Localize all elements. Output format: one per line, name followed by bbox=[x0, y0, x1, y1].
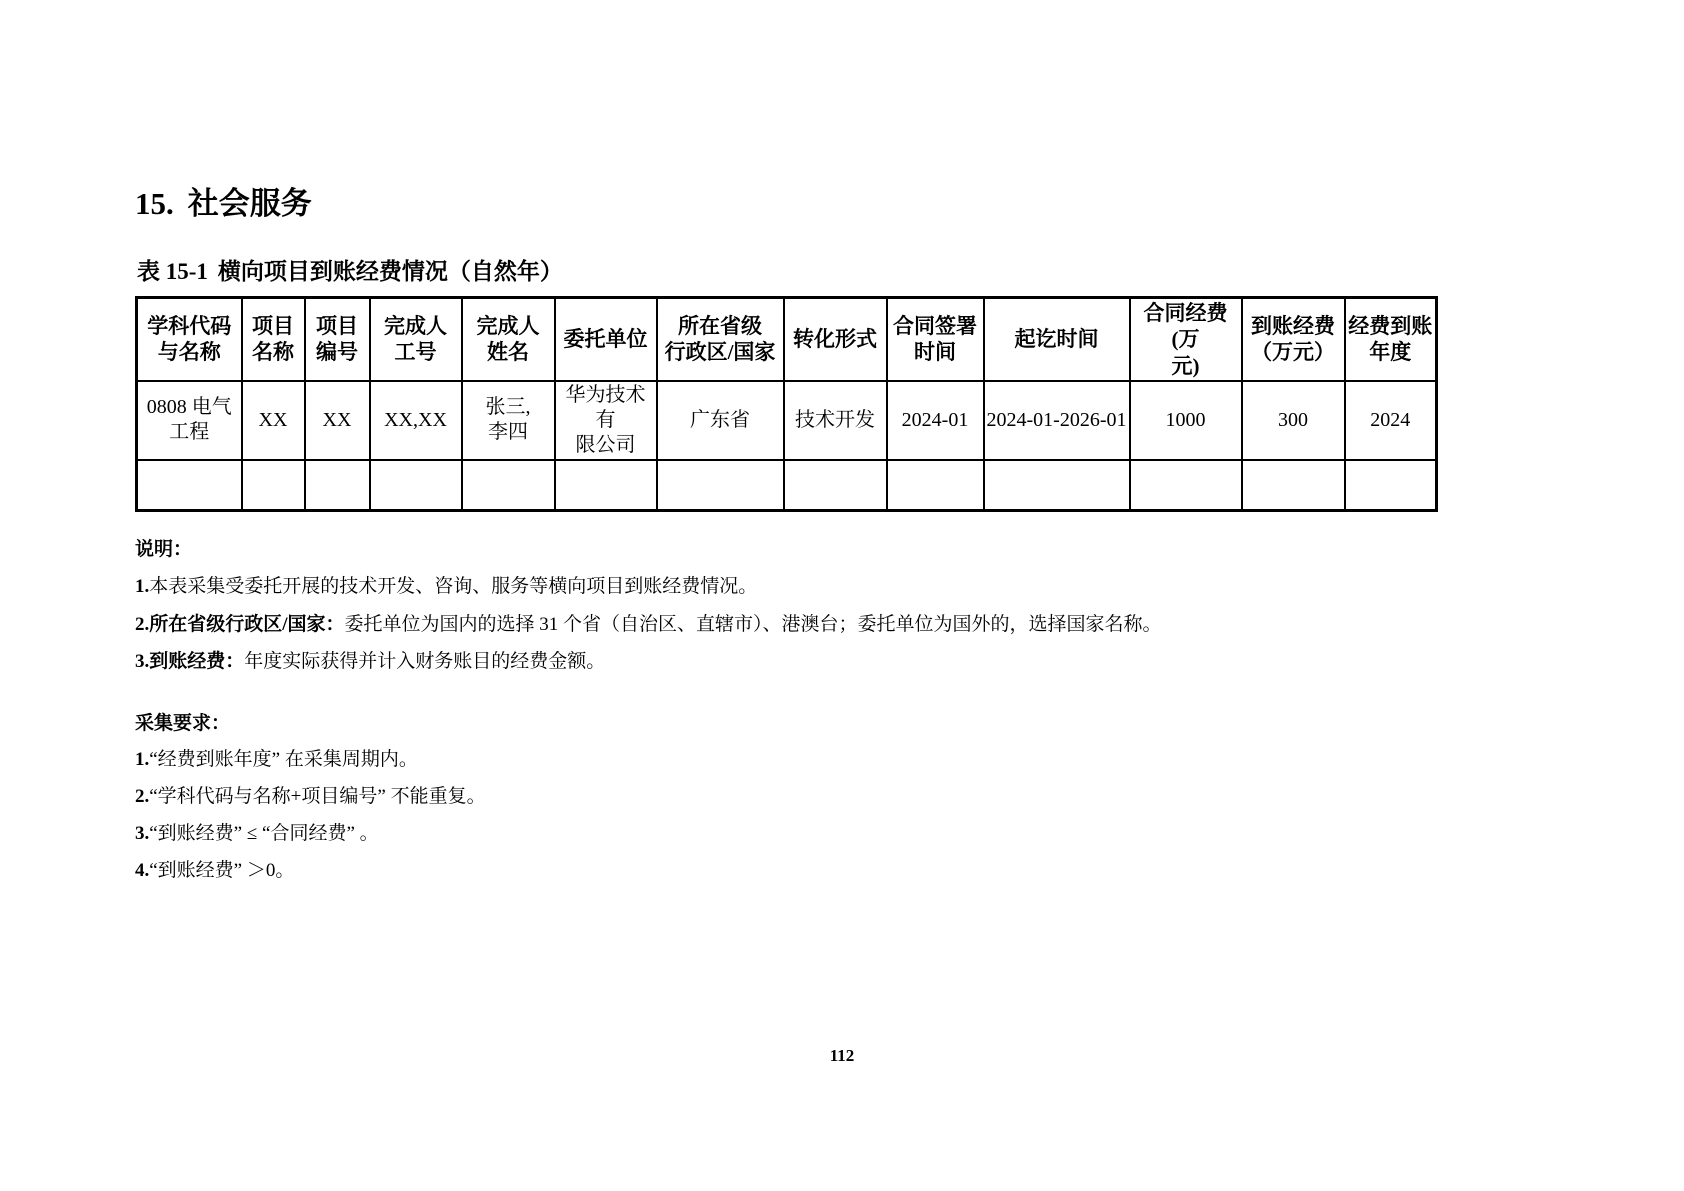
funding-table: 学科代码 与名称 项目 名称 项目 编号 完成人 工号 完成人 姓名 委托单位 … bbox=[135, 296, 1438, 512]
section-heading: 15.社会服务 bbox=[135, 178, 1435, 223]
table-cell: 华为技术有 限公司 bbox=[555, 381, 657, 460]
note-item-1: 1.本表采集受委托开展的技术开发、咨询、服务等横向项目到账经费情况。 bbox=[135, 576, 1435, 599]
requirement-item-4: 4.“到账经费” ＞0。 bbox=[135, 860, 1435, 883]
table-cell bbox=[137, 460, 242, 511]
header-cell-province-country: 所在省级 行政区/国家 bbox=[657, 298, 784, 381]
table-cell: 2024 bbox=[1345, 381, 1437, 460]
note-item-2-text: 委托单位为国内的选择 31 个省（自治区、直辖市）、港澳台；委托单位为国外的，选… bbox=[345, 614, 1162, 635]
table-cell: 广东省 bbox=[657, 381, 784, 460]
requirement-item-1: 1.“经费到账年度” 在采集周期内。 bbox=[135, 749, 1435, 772]
page-content: 15.社会服务 表 15-1横向项目到账经费情况（自然年） 学科代码 与名称 项… bbox=[135, 178, 1435, 896]
table-cell bbox=[784, 460, 887, 511]
table-cell bbox=[1242, 460, 1345, 511]
table-cell: XX,XX bbox=[370, 381, 462, 460]
requirement-item-1-text: “经费到账年度” 在采集周期内。 bbox=[149, 749, 418, 770]
header-cell-duration: 起讫时间 bbox=[984, 298, 1130, 381]
table-cell bbox=[1130, 460, 1242, 511]
requirement-item-3-lead: 3. bbox=[135, 823, 149, 844]
note-item-2-lead: 2.所在省级行政区/国家： bbox=[135, 614, 345, 635]
table-cell bbox=[305, 460, 370, 511]
table-cell: 1000 bbox=[1130, 381, 1242, 460]
page-number: 112 bbox=[0, 1046, 1684, 1066]
header-cell-staff-name: 完成人 姓名 bbox=[462, 298, 555, 381]
table-cell bbox=[555, 460, 657, 511]
requirement-item-1-lead: 1. bbox=[135, 749, 149, 770]
table-cell: 技术开发 bbox=[784, 381, 887, 460]
table-cell bbox=[242, 460, 305, 511]
section-number: 15. bbox=[135, 186, 174, 221]
requirement-item-4-text: “到账经费” ＞0。 bbox=[149, 860, 294, 881]
note-item-3: 3.到账经费：年度实际获得并计入财务账目的经费金额。 bbox=[135, 651, 1435, 674]
header-cell-transform-type: 转化形式 bbox=[784, 298, 887, 381]
table-cell bbox=[657, 460, 784, 511]
header-row: 学科代码 与名称 项目 名称 项目 编号 完成人 工号 完成人 姓名 委托单位 … bbox=[137, 298, 1437, 381]
requirement-item-4-lead: 4. bbox=[135, 860, 149, 881]
note-item-3-text: 年度实际获得并计入财务账目的经费金额。 bbox=[244, 651, 605, 672]
requirement-item-2: 2.“学科代码与名称+项目编号” 不能重复。 bbox=[135, 786, 1435, 809]
table-cell bbox=[462, 460, 555, 511]
table-cell: 张三, 李四 bbox=[462, 381, 555, 460]
header-cell-client-unit: 委托单位 bbox=[555, 298, 657, 381]
requirement-item-2-lead: 2. bbox=[135, 786, 149, 807]
table-title: 表 15-1横向项目到账经费情况（自然年） bbox=[137, 253, 1435, 286]
requirement-item-3-text: “到账经费” ≤ “合同经费” 。 bbox=[149, 823, 378, 844]
notes-section: 说明： 1.本表采集受委托开展的技术开发、咨询、服务等横向项目到账经费情况。 2… bbox=[135, 534, 1435, 674]
table-cell bbox=[887, 460, 984, 511]
requirements-heading: 采集要求： bbox=[135, 708, 1435, 735]
header-cell-project-id: 项目 编号 bbox=[305, 298, 370, 381]
notes-heading: 说明： bbox=[135, 534, 1435, 561]
table-title-number: 表 15-1 bbox=[137, 259, 208, 284]
table-cell: 0808 电气 工程 bbox=[137, 381, 242, 460]
document-page: 15.社会服务 表 15-1横向项目到账经费情况（自然年） 学科代码 与名称 项… bbox=[0, 0, 1684, 1191]
note-item-2: 2.所在省级行政区/国家：委托单位为国内的选择 31 个省（自治区、直辖市）、港… bbox=[135, 614, 1435, 637]
table-cell bbox=[984, 460, 1130, 511]
header-cell-contract-funds: 合同经费(万 元) bbox=[1130, 298, 1242, 381]
note-item-1-text: 本表采集受委托开展的技术开发、咨询、服务等横向项目到账经费情况。 bbox=[149, 576, 757, 597]
table-cell bbox=[1345, 460, 1437, 511]
table-row: 0808 电气 工程 XX XX XX,XX 张三, 李四 华为技术有 限公司 … bbox=[137, 381, 1437, 460]
header-cell-received-funds: 到账经费 （万元） bbox=[1242, 298, 1345, 381]
header-cell-staff-id: 完成人 工号 bbox=[370, 298, 462, 381]
table-cell: XX bbox=[242, 381, 305, 460]
header-cell-project-name: 项目 名称 bbox=[242, 298, 305, 381]
requirement-item-3: 3.“到账经费” ≤ “合同经费” 。 bbox=[135, 823, 1435, 846]
requirements-section: 采集要求： 1.“经费到账年度” 在采集周期内。 2.“学科代码与名称+项目编号… bbox=[135, 708, 1435, 882]
table-cell: 2024-01-2026-01 bbox=[984, 381, 1130, 460]
note-item-1-lead: 1. bbox=[135, 576, 149, 597]
table-cell: 2024-01 bbox=[887, 381, 984, 460]
table-title-text: 横向项目到账经费情况（自然年） bbox=[218, 259, 563, 284]
requirement-item-2-text: “学科代码与名称+项目编号” 不能重复。 bbox=[149, 786, 485, 807]
table-row-empty bbox=[137, 460, 1437, 511]
header-cell-contract-sign-time: 合同签署 时间 bbox=[887, 298, 984, 381]
header-cell-subject-code: 学科代码 与名称 bbox=[137, 298, 242, 381]
table-cell bbox=[370, 460, 462, 511]
note-item-3-lead: 3.到账经费： bbox=[135, 651, 244, 672]
table-cell: 300 bbox=[1242, 381, 1345, 460]
header-cell-funds-year: 经费到账 年度 bbox=[1345, 298, 1437, 381]
section-title: 社会服务 bbox=[188, 186, 312, 221]
table-cell: XX bbox=[305, 381, 370, 460]
